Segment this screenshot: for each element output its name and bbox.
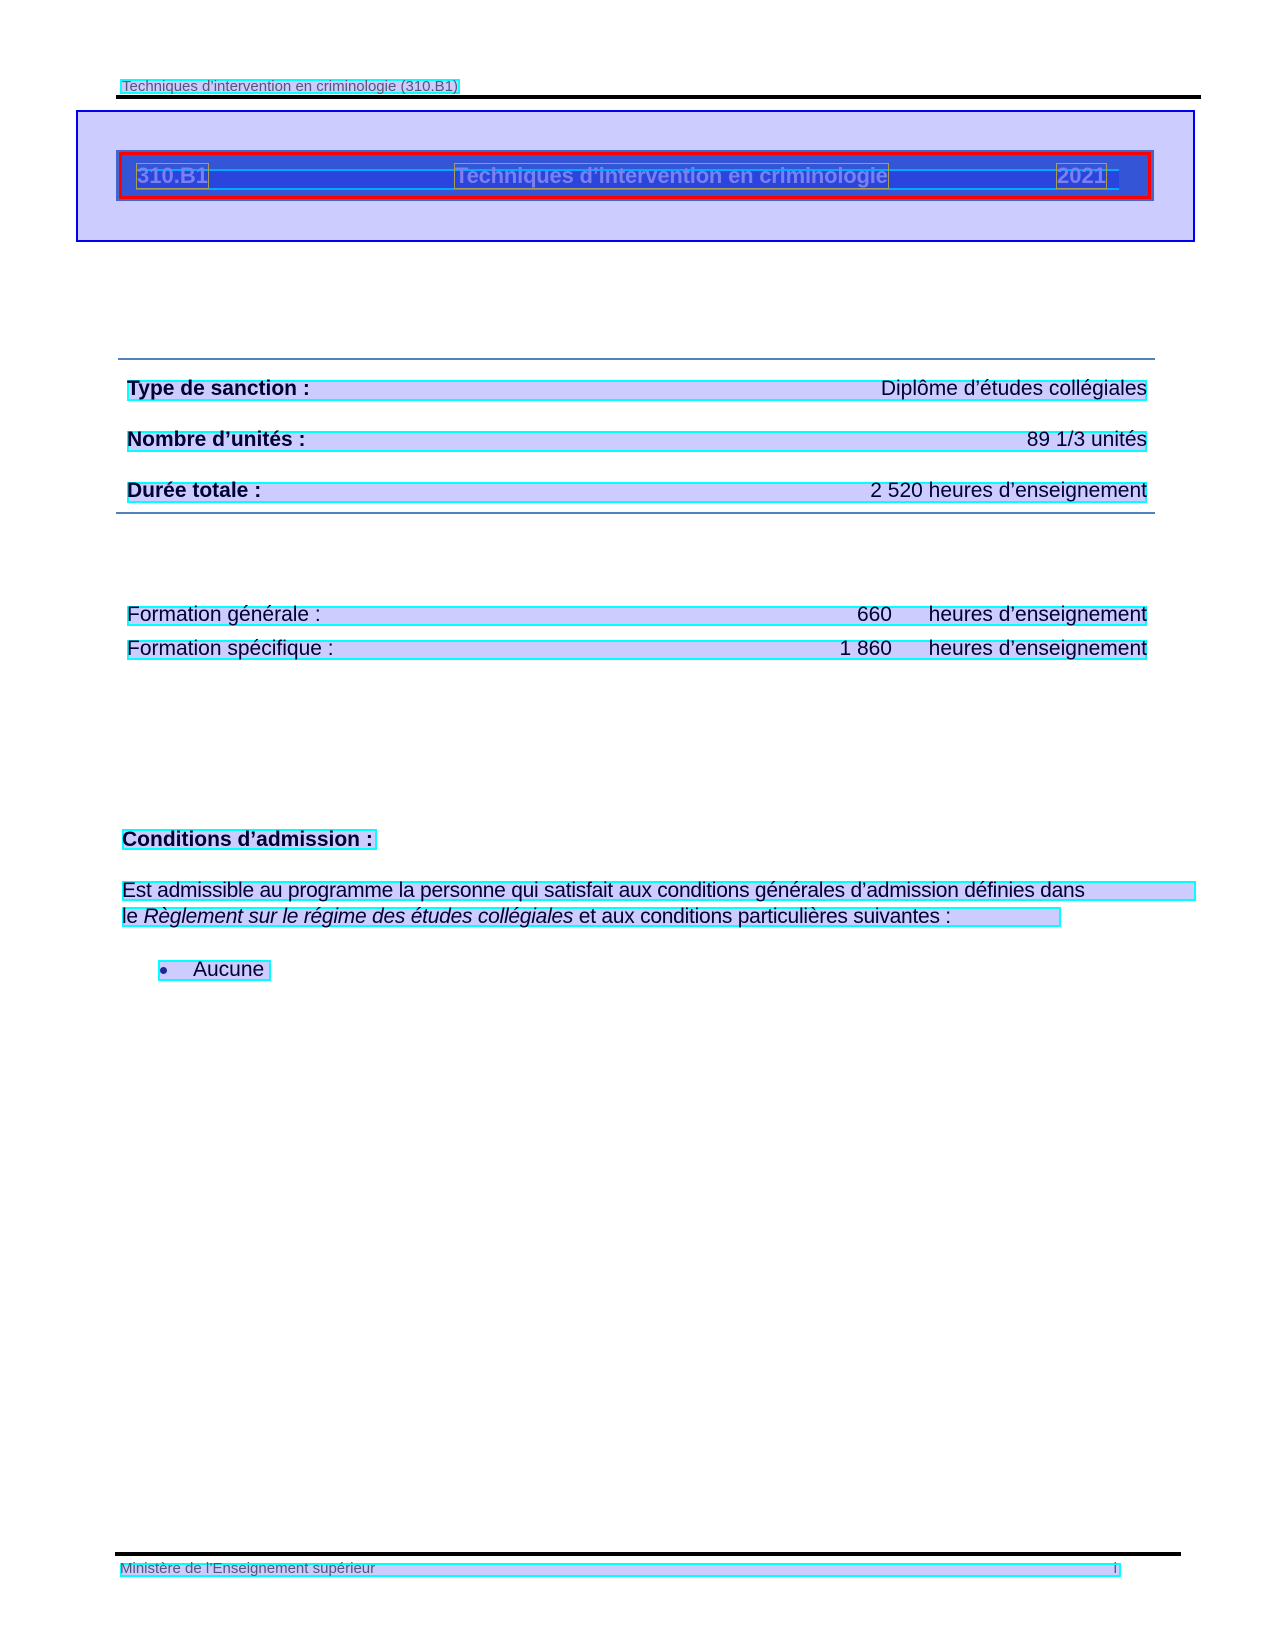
summary-top-rule [118, 358, 1155, 360]
summary-label: Nombre d’unités : [127, 428, 306, 452]
footer-rule [115, 1552, 1181, 1556]
summary-value: 2 520 heures d’enseignement [870, 479, 1147, 503]
formation-label: Formation spécifique : [127, 637, 334, 661]
running-header: Techniques d’intervention en criminologi… [120, 79, 460, 94]
bullet-text: Aucune [193, 959, 264, 981]
bullet-icon [160, 967, 167, 974]
program-year: 2021 [1057, 164, 1106, 188]
formation-row-general: Formation générale : 660 heures d’enseig… [127, 606, 1147, 626]
header-rule [116, 95, 1201, 99]
summary-value: Diplôme d’études collégiales [881, 377, 1147, 401]
summary-value: 89 1/3 unités [1027, 428, 1147, 452]
formation-unit: heures d’enseignement [929, 603, 1147, 627]
footer-text: Ministère de l’Enseignement supérieur [120, 1560, 375, 1577]
page-number: i [1114, 1560, 1117, 1577]
formation-label: Formation générale : [127, 603, 321, 627]
paragraph-prefix: le [122, 905, 143, 928]
program-name: Techniques d’intervention en criminologi… [455, 164, 888, 188]
formation-unit: heures d’enseignement [929, 637, 1147, 661]
summary-row-sanction: Type de sanction : Diplôme d’études coll… [127, 380, 1147, 401]
summary-row-duration: Durée totale : 2 520 heures d’enseigneme… [127, 482, 1147, 503]
program-code: 310.B1 [137, 164, 208, 188]
summary-label: Durée totale : [127, 479, 261, 503]
paragraph-suffix: et aux conditions particulières suivante… [573, 905, 951, 928]
footer: Ministère de l’Enseignement supérieur i [120, 1563, 1121, 1577]
formation-hours: 660 [857, 603, 892, 627]
summary-label: Type de sanction : [127, 377, 310, 401]
regulation-title: Règlement sur le régime des études collé… [143, 905, 573, 928]
admission-bullet-item: Aucune [158, 960, 271, 981]
admission-heading: Conditions d’admission : [122, 829, 377, 850]
admission-paragraph-line-2: le Règlement sur le régime des études co… [122, 907, 1061, 927]
admission-paragraph-line-1: Est admissible au programme la personne … [122, 881, 1196, 901]
formation-hours: 1 860 [839, 637, 892, 661]
summary-bottom-rule [116, 512, 1155, 514]
formation-row-specific: Formation spécifique : 1 860 heures d’en… [127, 640, 1147, 660]
summary-row-units: Nombre d’unités : 89 1/3 unités [127, 431, 1147, 452]
